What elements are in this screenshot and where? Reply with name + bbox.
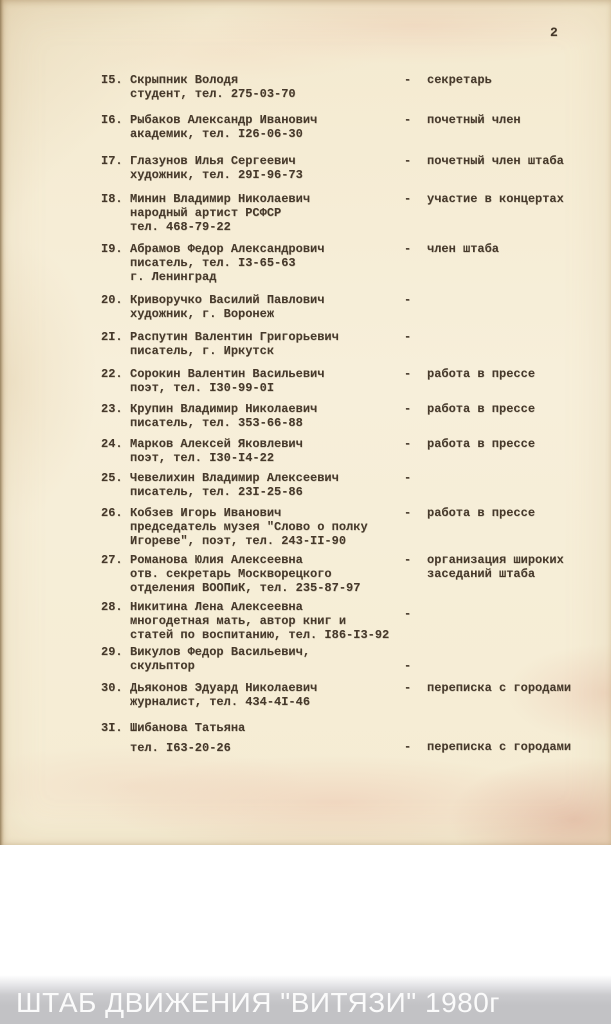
entry-role-line: почетный член штаба — [427, 154, 564, 168]
entry-number: 23. — [101, 402, 123, 416]
list-entry: 26.Кобзев Игорь Ивановичпредседатель муз… — [0, 506, 611, 520]
list-entry: 23.Крупин Владимир Николаевичписатель, т… — [0, 402, 611, 416]
footer-caption-band: ШТАБ ДВИЖЕНИЯ "ВИТЯЗИ" 1980г — [0, 975, 611, 1024]
footer-caption: ШТАБ ДВИЖЕНИЯ "ВИТЯЗИ" 1980г — [16, 988, 500, 1018]
list-entry: 3I.Шибанова Татьянател. I63-20-26-перепи… — [0, 721, 611, 735]
entry-text-line: тел. I63-20-26 — [130, 741, 231, 755]
entry-text-line: Шибанова Татьяна — [130, 721, 245, 735]
entry-number: 29. — [101, 645, 123, 659]
entry-number: 22. — [101, 367, 123, 381]
list-entry: I7.Глазунов Илья Сергеевичхудожник, тел.… — [0, 154, 611, 168]
entry-text-line: студент, тел. 275-03-70 — [130, 87, 296, 101]
entries-list: I5.Скрыпник Володястудент, тел. 275-03-7… — [0, 0, 611, 845]
entry-text-line: Рыбаков Александр Иванович — [130, 113, 317, 127]
list-entry: I9.Абрамов Федор Александровичписатель, … — [0, 242, 611, 256]
entry-role: секретарь — [427, 73, 492, 87]
entry-role-line: переписка с городами — [427, 681, 571, 695]
entry-dash: - — [404, 471, 411, 485]
entry-role-line: организация широких — [427, 553, 564, 567]
entry-text-line: художник, тел. 29I-96-73 — [130, 168, 303, 182]
entry-text-line: г. Ленинград — [130, 270, 216, 284]
entry-text-line: отв. секретарь Москворецкого — [130, 567, 332, 581]
entry-dash: - — [404, 293, 411, 307]
entry-text-line: писатель, тел. 353-66-88 — [130, 416, 303, 430]
entry-text-line: отделения ВООПиК, тел. 235-87-97 — [130, 581, 360, 595]
entry-text-line: Крупин Владимир Николаевич — [130, 402, 317, 416]
entry-role: работа в прессе — [427, 506, 535, 520]
entry-text-line: писатель, тел. I3-65-63 — [130, 256, 296, 270]
entry-text-line: академик, тел. I26-06-30 — [130, 127, 303, 141]
entry-text-line: Глазунов Илья Сергеевич — [130, 154, 296, 168]
entry-dash: - — [404, 553, 411, 567]
entry-text-line: тел. 468-79-22 — [130, 220, 231, 234]
entry-number: 27. — [101, 553, 123, 567]
entry-text-line: писатель, г. Иркутск — [130, 344, 274, 358]
entry-text-line: председатель музея "Слово о полку — [130, 520, 368, 534]
list-entry: I5.Скрыпник Володястудент, тел. 275-03-7… — [0, 73, 611, 87]
entry-text-line: Криворучко Василий Павлович — [130, 293, 324, 307]
entry-text-line: писатель, тел. 23I-25-86 — [130, 485, 303, 499]
entry-dash: - — [404, 607, 411, 621]
entry-text-line: художник, г. Воронеж — [130, 307, 274, 321]
entry-number: 3I. — [101, 721, 123, 735]
list-entry: 30.Дьяконов Эдуард Николаевичжурналист, … — [0, 681, 611, 695]
entry-role: работа в прессе — [427, 402, 535, 416]
entry-text-line: многодетная мать, автор книг и — [130, 614, 346, 628]
entry-text-line: Абрамов Федор Александрович — [130, 242, 324, 256]
entry-number: I6. — [101, 113, 123, 127]
entry-dash: - — [404, 506, 411, 520]
entry-text-line: Игореве", поэт, тел. 243-II-90 — [130, 534, 346, 548]
entry-role: почетный член — [427, 113, 521, 127]
entry-role: работа в прессе — [427, 367, 535, 381]
entry-dash: - — [404, 73, 411, 87]
entry-dash: - — [404, 402, 411, 416]
entry-text-line: Чевелихин Владимир Алексеевич — [130, 471, 339, 485]
entry-text-line: Минин Владимир Николаевич — [130, 192, 310, 206]
entry-text-line: народный артист РСФСР — [130, 206, 281, 220]
scanned-document-view: 2 I5.Скрыпник Володястудент, тел. 275-03… — [0, 0, 611, 1024]
entry-role: почетный член штаба — [427, 154, 564, 168]
entry-text-line: Сорокин Валентин Васильевич — [130, 367, 324, 381]
entry-dash: - — [404, 437, 411, 451]
entry-role: переписка с городами — [427, 681, 571, 695]
list-entry: 29.Викулов Федор Васильевич,скульптор- — [0, 645, 611, 659]
entry-number: 20. — [101, 293, 123, 307]
entry-role-line: работа в прессе — [427, 506, 535, 520]
list-entry: 2I.Распутин Валентин Григорьевичписатель… — [0, 330, 611, 344]
list-entry: 28.Никитина Лена Алексеевнамногодетная м… — [0, 600, 611, 614]
entry-role-line: работа в прессе — [427, 367, 535, 381]
entry-role-line: работа в прессе — [427, 437, 535, 451]
entry-dash: - — [404, 659, 411, 673]
entry-dash: - — [404, 367, 411, 381]
entry-number: I5. — [101, 73, 123, 87]
entry-text-line: Романова Юлия Алексеевна — [130, 553, 303, 567]
entry-role: член штаба — [427, 242, 499, 256]
entry-number: 28. — [101, 600, 123, 614]
entry-text-line: скульптор — [130, 659, 195, 673]
entry-dash: - — [404, 113, 411, 127]
entry-number: I8. — [101, 192, 123, 206]
entry-role: переписка с городами — [427, 740, 571, 754]
entry-role-line: переписка с городами — [427, 740, 571, 754]
entry-dash: - — [404, 681, 411, 695]
entry-text-line: Кобзев Игорь Иванович — [130, 506, 281, 520]
entry-text-line: поэт, тел. I30-I4-22 — [130, 451, 274, 465]
entry-text-line: статей по воспитанию, тел. I86-I3-92 — [130, 628, 389, 642]
entry-text-line: поэт, тел. I30-99-0I — [130, 381, 274, 395]
entry-text-line: Скрыпник Володя — [130, 73, 238, 87]
list-entry: 27.Романова Юлия Алексеевнаотв. секретар… — [0, 553, 611, 567]
entry-text-line: Марков Алексей Яковлевич — [130, 437, 303, 451]
entry-text-line: Распутин Валентин Григорьевич — [130, 330, 339, 344]
entry-role-line: заседаний штаба — [427, 567, 564, 581]
entry-dash: - — [404, 192, 411, 206]
entry-role-line: работа в прессе — [427, 402, 535, 416]
list-entry: I6.Рыбаков Александр Ивановичакадемик, т… — [0, 113, 611, 127]
entry-dash: - — [404, 330, 411, 344]
entry-role-line: участие в концертах — [427, 192, 564, 206]
entry-dash: - — [404, 740, 411, 754]
entry-text-line: Дьяконов Эдуард Николаевич — [130, 681, 317, 695]
entry-dash: - — [404, 154, 411, 168]
entry-text-line: журналист, тел. 434-4I-46 — [130, 695, 310, 709]
list-entry: 22.Сорокин Валентин Васильевичпоэт, тел.… — [0, 367, 611, 381]
list-entry: 25.Чевелихин Владимир Алексеевичписатель… — [0, 471, 611, 485]
entry-role: организация широкихзаседаний штаба — [427, 553, 564, 581]
entry-number: 30. — [101, 681, 123, 695]
entry-role-line: секретарь — [427, 73, 492, 87]
entry-number: 2I. — [101, 330, 123, 344]
entry-number: I7. — [101, 154, 123, 168]
entry-dash: - — [404, 242, 411, 256]
entry-number: 24. — [101, 437, 123, 451]
entry-number: 25. — [101, 471, 123, 485]
entry-role-line: член штаба — [427, 242, 499, 256]
entry-role: работа в прессе — [427, 437, 535, 451]
entry-number: I9. — [101, 242, 123, 256]
entry-text-line: Никитина Лена Алексеевна — [130, 600, 303, 614]
entry-role-line: почетный член — [427, 113, 521, 127]
document-page: 2 I5.Скрыпник Володястудент, тел. 275-03… — [0, 0, 611, 845]
list-entry: I8.Минин Владимир Николаевичнародный арт… — [0, 192, 611, 206]
entry-text-line: Викулов Федор Васильевич, — [130, 645, 310, 659]
list-entry: 24.Марков Алексей Яковлевичпоэт, тел. I3… — [0, 437, 611, 451]
entry-number: 26. — [101, 506, 123, 520]
entry-role: участие в концертах — [427, 192, 564, 206]
list-entry: 20.Криворучко Василий Павловичхудожник, … — [0, 293, 611, 307]
